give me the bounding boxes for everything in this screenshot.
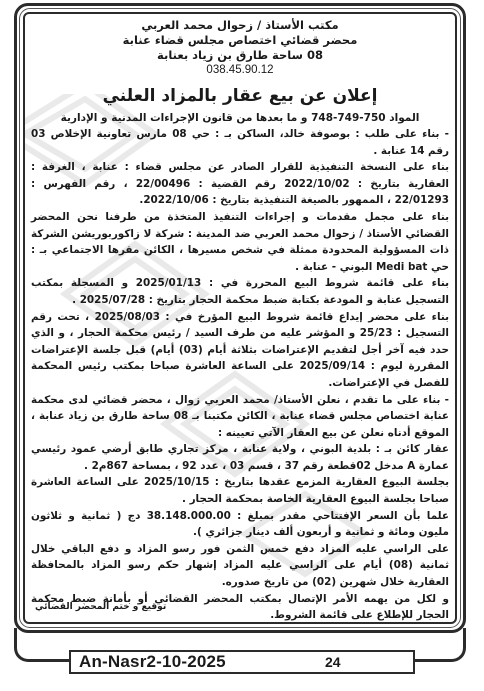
office-address: 08 ساحة طارق بن زياد بعنابة bbox=[31, 48, 449, 63]
paragraph-court-ruling: بناء على النسخة التنفيذية للقرار الصادر … bbox=[31, 159, 449, 209]
paragraph-opening-price: علما بأن السعر الإفتتاحي مقدر بمبلغ : 38… bbox=[31, 508, 449, 541]
legal-articles-reference: المواد 750-749-748 و ما بعدها من قانون ا… bbox=[31, 112, 449, 124]
paragraph-auction-date: بجلسة البيوع العقارية المزمع عقدها بتاري… bbox=[31, 474, 449, 507]
announcement-panel: مكتب الأستاذ / زحوال محمد العربي محضر قض… bbox=[23, 12, 457, 624]
paragraph-sale-conditions: بناء على قائمة شروط البيع المحررة في : 2… bbox=[31, 275, 449, 308]
paragraph-property-description: عقار كائن بـ : بلدية البوني ، ولاية عناب… bbox=[31, 441, 449, 474]
page-number: 24 bbox=[319, 654, 413, 670]
paragraph-enforcement: بناء على مجمل مقدمات و إجراءات التنفيذ ا… bbox=[31, 209, 449, 275]
footer-border-left bbox=[14, 628, 71, 662]
paragraph-deposit-report: بناء على محضر إيداع قائمة شروط البيع الم… bbox=[31, 309, 449, 392]
paragraph-request: - بناء على طلب : بوصوفة خالد، الساكن بـ … bbox=[31, 126, 449, 159]
newspaper-footer: An-Nasr2-10-2025 24 bbox=[69, 650, 415, 674]
newspaper-source-date: An-Nasr2-10-2025 bbox=[71, 652, 319, 672]
paragraph-payment-terms: على الراسي عليه المزاد دفع خمس الثمن فور… bbox=[31, 541, 449, 591]
signature-stamp-label: توقيع و ختم المحضر القضائي bbox=[35, 602, 166, 612]
office-name: مكتب الأستاذ / زحوال محمد العربي bbox=[31, 18, 449, 33]
bailiff-header: مكتب الأستاذ / زحوال محمد العربي محضر قض… bbox=[31, 14, 449, 78]
office-phone: 038.45.90.12 bbox=[31, 63, 449, 78]
announcement-title: إعلان عن بيع عقار بالمزاد العلني bbox=[31, 86, 449, 106]
announcement-content: مكتب الأستاذ / زحوال محمد العربي محضر قض… bbox=[31, 14, 449, 624]
footer-border-right bbox=[413, 628, 466, 662]
office-position: محضر قضائي اختصاص مجلس قضاء عنابة bbox=[31, 33, 449, 48]
paragraph-announcement: - بناء على ما تقدم ، نعلن الأستاذ/ محمد … bbox=[31, 392, 449, 442]
